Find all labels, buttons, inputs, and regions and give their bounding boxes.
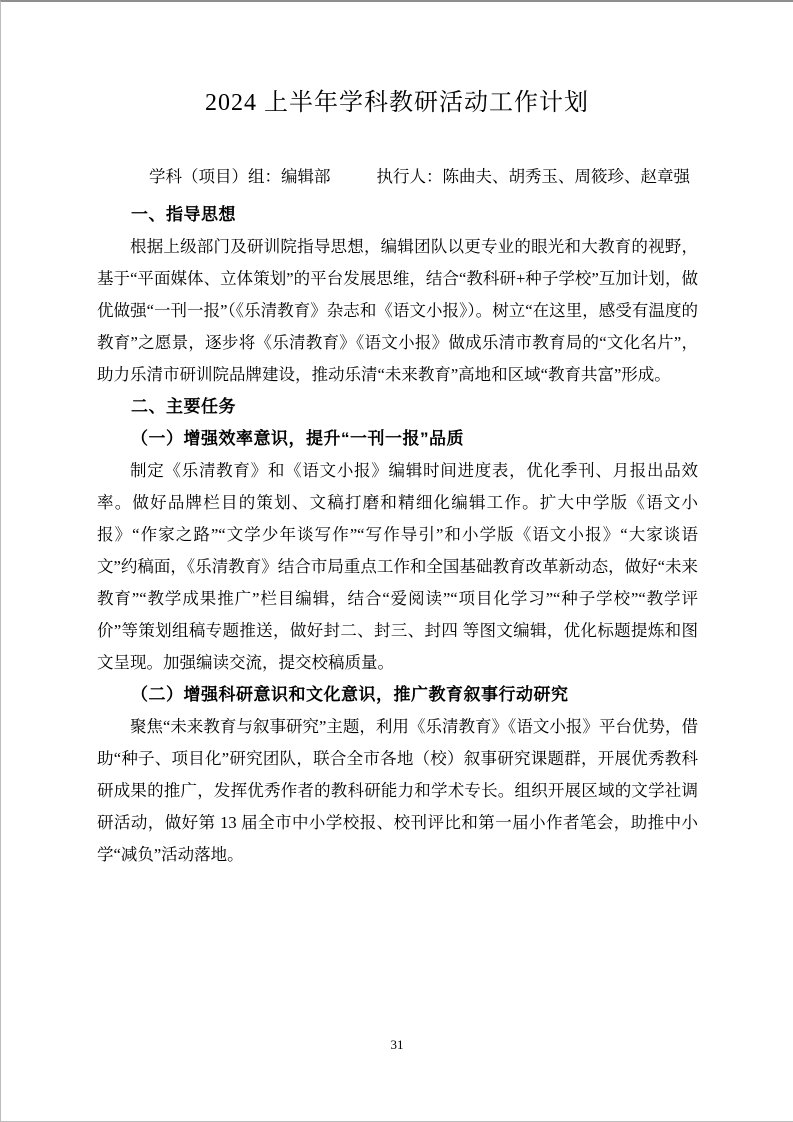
section-heading-main-tasks: 二、主要任务: [97, 391, 698, 423]
paragraph-task-1: 制定《乐清教育》和《语文小报》编辑时间进度表，优化季刊、月报出品效率。做好品牌栏…: [97, 455, 698, 679]
document-title: 2024 上半年学科教研活动工作计划: [1, 2, 793, 120]
subsection-heading-task-2: （二）增强科研意识和文化意识，推广教育叙事行动研究: [97, 679, 698, 711]
meta-line: 学科（项目）组：编辑部 执行人：陈曲夫、胡秀玉、周筱珍、赵章强: [149, 166, 793, 187]
document-body: 一、指导思想 根据上级部门及研训院指导思想，编辑团队以更专业的眼光和大教育的视野…: [97, 199, 698, 871]
executors: 执行人：陈曲夫、胡秀玉、周筱珍、赵章强: [377, 166, 691, 187]
paragraph-task-2: 聚焦“未来教育与叙事研究”主题，利用《乐清教育》《语文小报》平台优势，借助“种子…: [97, 711, 698, 871]
paragraph-guiding-ideology: 根据上级部门及研训院指导思想，编辑团队以更专业的眼光和大教育的视野，基于“平面媒…: [97, 231, 698, 391]
page-number: 31: [1, 1037, 793, 1052]
subsection-heading-task-1: （一）增强效率意识，提升“一刊一报”品质: [97, 423, 698, 455]
document-page: 2024 上半年学科教研活动工作计划 学科（项目）组：编辑部 执行人：陈曲夫、胡…: [0, 0, 793, 1122]
section-heading-guiding-ideology: 一、指导思想: [97, 199, 698, 231]
subject-group: 学科（项目）组：编辑部: [149, 166, 331, 187]
